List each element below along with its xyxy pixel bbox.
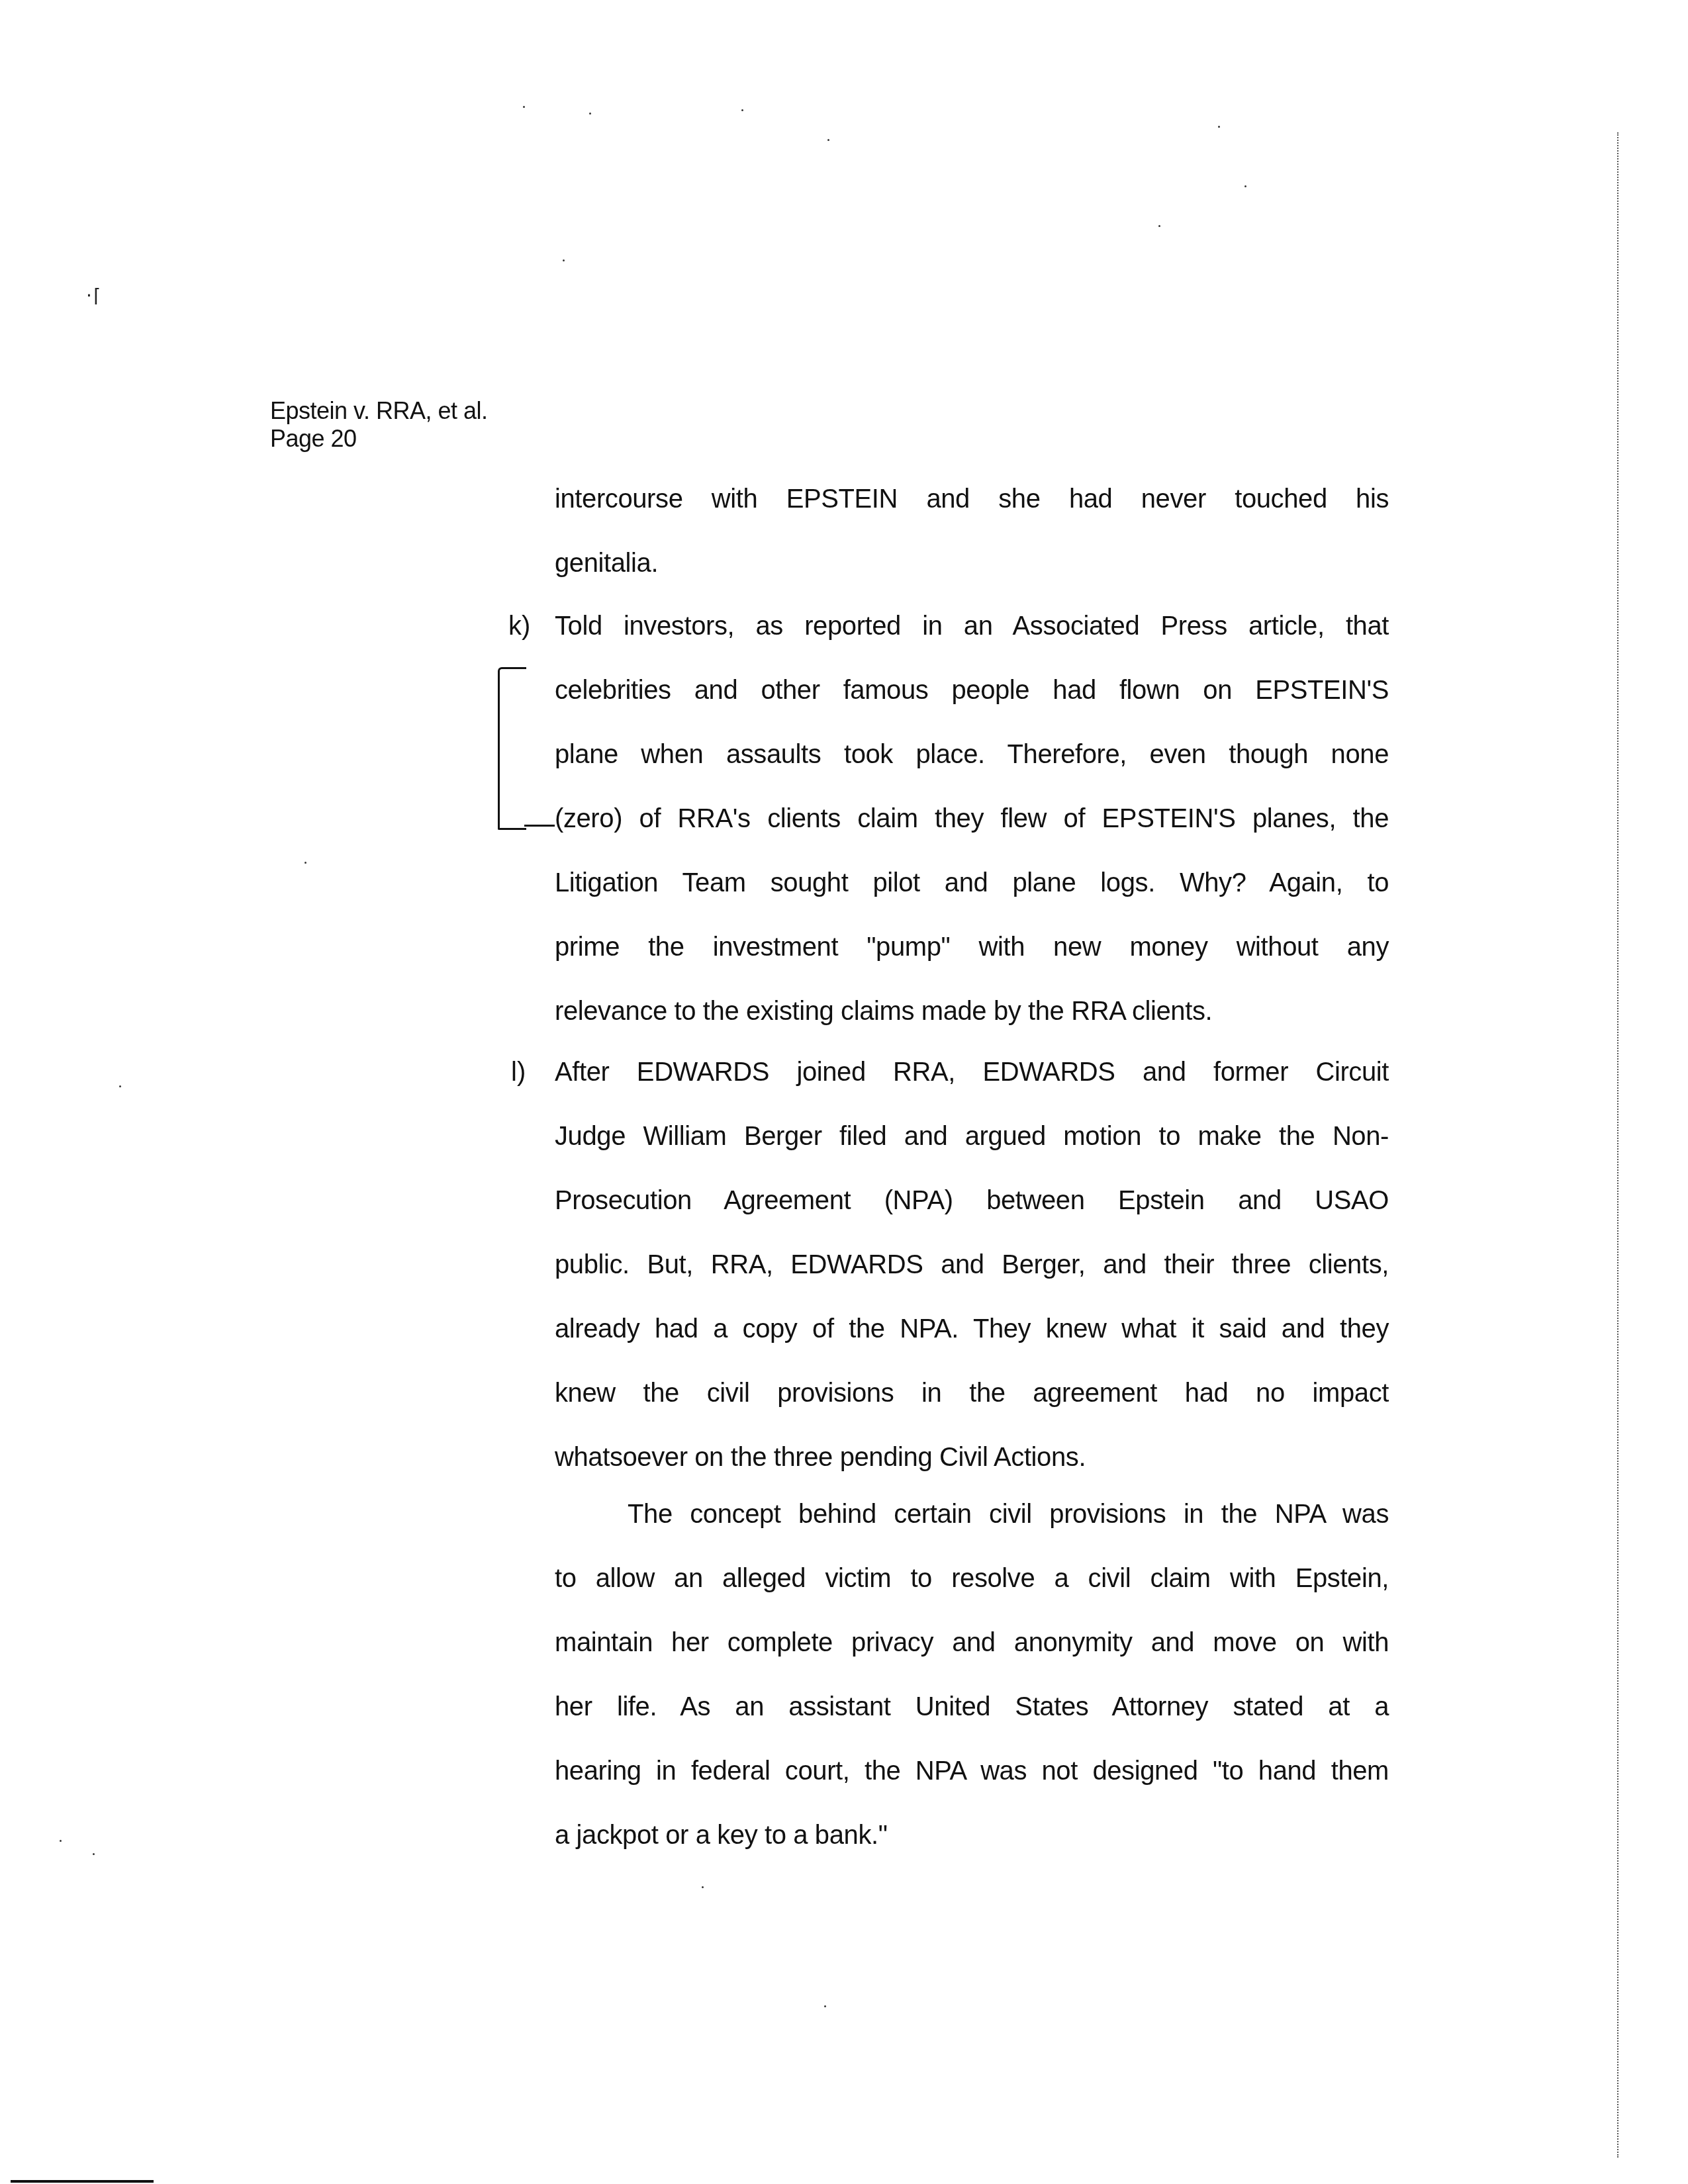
bottom-rule bbox=[11, 2180, 154, 2183]
handwritten-bracket bbox=[498, 667, 526, 830]
scan-speck bbox=[741, 109, 743, 111]
text-line: Prosecution Agreement (NPA) between Epst… bbox=[555, 1169, 1389, 1233]
scan-speck bbox=[824, 2005, 826, 2007]
scan-speck bbox=[523, 106, 525, 108]
paragraph-l: After EDWARDS joined RRA, EDWARDS and fo… bbox=[555, 1040, 1389, 1490]
handwritten-bracket-tail bbox=[524, 825, 555, 827]
scan-speck bbox=[305, 862, 306, 864]
text-line: celebrities and other famous people had … bbox=[555, 659, 1389, 723]
scan-speck bbox=[563, 259, 565, 261]
page-header: Epstein v. RRA, et al. Page 20 bbox=[270, 397, 487, 453]
margin-scan-mark: ⋅ ⌈ bbox=[86, 285, 101, 306]
text-line: intercourse with EPSTEIN and she had nev… bbox=[555, 467, 1389, 531]
text-line: The concept behind certain civil provisi… bbox=[555, 1482, 1389, 1547]
scan-speck bbox=[93, 1853, 95, 1855]
text-line: to allow an alleged victim to resolve a … bbox=[555, 1547, 1389, 1611]
scan-speck bbox=[702, 1886, 704, 1888]
text-line: After EDWARDS joined RRA, EDWARDS and fo… bbox=[555, 1040, 1389, 1105]
scan-speck bbox=[1244, 185, 1246, 187]
text-line: (zero) of RRA's clients claim they flew … bbox=[555, 787, 1389, 851]
scan-speck bbox=[1218, 126, 1220, 128]
text-line: maintain her complete privacy and anonym… bbox=[555, 1611, 1389, 1675]
text-line: relevance to the existing claims made by… bbox=[555, 979, 1389, 1044]
text-line: her life. As an assistant United States … bbox=[555, 1675, 1389, 1739]
text-line: a jackpot or a key to a bank." bbox=[555, 1803, 1389, 1868]
text-line: genitalia. bbox=[555, 531, 1389, 596]
list-marker-k: k) bbox=[508, 594, 530, 659]
page-number: Page 20 bbox=[270, 425, 487, 453]
text-line: public. But, RRA, EDWARDS and Berger, an… bbox=[555, 1233, 1389, 1297]
text-line: Told investors, as reported in an Associ… bbox=[555, 594, 1389, 659]
text-line: knew the civil provisions in the agreeme… bbox=[555, 1361, 1389, 1426]
paragraph-k: Told investors, as reported in an Associ… bbox=[555, 594, 1389, 1044]
text-line: Litigation Team sought pilot and plane l… bbox=[555, 851, 1389, 915]
scan-speck bbox=[60, 1840, 62, 1842]
document-page: ⋅ ⌈ Epstein v. RRA, et al. Page 20 inter… bbox=[0, 0, 1688, 2184]
paragraph-j-continued: intercourse with EPSTEIN and she had nev… bbox=[555, 467, 1389, 596]
text-line: whatsoever on the three pending Civil Ac… bbox=[555, 1426, 1389, 1490]
scan-speck bbox=[1158, 225, 1160, 227]
scan-right-edge bbox=[1617, 132, 1618, 2158]
scan-speck bbox=[827, 139, 829, 141]
scan-speck bbox=[589, 113, 591, 114]
paragraph-npa-concept: The concept behind certain civil provisi… bbox=[555, 1482, 1389, 1868]
list-marker-l: l) bbox=[511, 1040, 526, 1105]
case-caption: Epstein v. RRA, et al. bbox=[270, 397, 487, 425]
text-line: prime the investment "pump" with new mon… bbox=[555, 915, 1389, 979]
text-line: already had a copy of the NPA. They knew… bbox=[555, 1297, 1389, 1361]
scan-speck bbox=[119, 1085, 121, 1087]
text-line: Judge William Berger filed and argued mo… bbox=[555, 1105, 1389, 1169]
text-line: plane when assaults took place. Therefor… bbox=[555, 723, 1389, 787]
text-line: hearing in federal court, the NPA was no… bbox=[555, 1739, 1389, 1803]
